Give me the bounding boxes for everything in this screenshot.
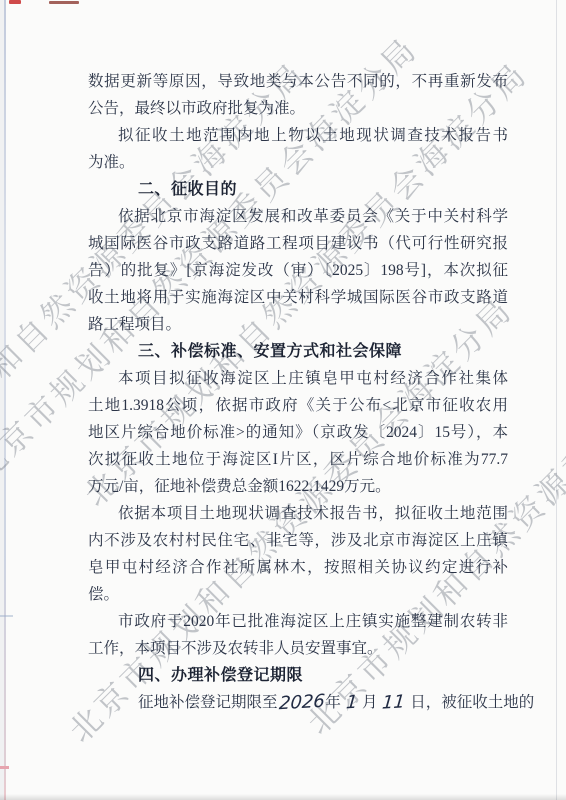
handwritten-date: 2026: [278, 693, 325, 714]
document-line: 告）的批复》[京海淀发改（审）〔2025〕198号]，本次拟征: [88, 257, 508, 284]
document-line: 皂甲屯村经济合作社所属林木，按照相关协议约定进行补: [88, 554, 508, 581]
document-body: 数据更新等原因，导致地类与本公告不同的，不再重新发布公告，最终以市政府批复为准。…: [88, 68, 508, 716]
red-mark: [9, 0, 21, 4]
document-line: 为准。: [88, 149, 508, 176]
document-line: 地区片综合地价标准>的通知》（京政发〔2024〕15号），本: [88, 419, 508, 446]
line-text: 日，被征收土地的: [406, 694, 534, 711]
scan-right-edge-line: [556, 0, 557, 800]
document-line: 公告，最终以市政府批复为准。: [88, 95, 508, 122]
document-line: 路工程项目。: [88, 311, 508, 338]
document-line: 收土地将用于实施海淀区中关村科学城国际医谷市政支路道: [88, 284, 508, 311]
document-line: 万元/亩，征地补偿费总金额1622.1429万元。: [88, 473, 508, 500]
handwritten-date: 11: [382, 693, 406, 712]
document-line: 偿。: [88, 581, 508, 608]
document-line: 内不涉及农村村民住宅、非宅等，涉及北京市海淀区上庄镇: [88, 527, 508, 554]
document-line: 数据更新等原因，导致地类与本公告不同的，不再重新发布: [88, 68, 508, 95]
scanned-document-page: 北京市规划和自然资源委员会海淀分局 北京市规划和自然资源委员会海淀分局 北京市规…: [0, 0, 566, 800]
document-line: 拟征收土地范围内地上物以土地现状调查技术报告书: [88, 122, 508, 149]
document-line: 土地1.3918公顷，依据市政府《关于公布<北京市征收农用: [88, 392, 508, 419]
handwritten-date: 1: [345, 694, 358, 713]
document-line: 依据北京市海淀区发展和改革委员会《关于中关村科学: [88, 203, 508, 230]
document-line: 工作，本项目不涉及农转非人员安置事宜。: [88, 635, 508, 662]
line-text: 月: [358, 694, 381, 711]
section-heading: 三、补偿标准、安置方式和社会保障: [88, 338, 508, 365]
document-line: 征地补偿登记期限至2026年 1 月 11 日，被征收土地的: [88, 689, 508, 716]
scan-edge-line: [4, 0, 6, 800]
document-line: 城国际医谷市政支路道路工程项目建议书（代可行性研究报: [88, 230, 508, 257]
document-line: 依据本项目土地现状调查技术报告书，拟征收土地范围: [88, 500, 508, 527]
scan-bottom-shadow: [0, 794, 566, 800]
red-mark: [49, 1, 79, 4]
document-line: 市政府于2020年已批准海淀区上庄镇实施整建制农转非: [88, 608, 508, 635]
scan-tick-mark: [0, 615, 13, 617]
section-heading: 四、办理补偿登记期限: [88, 662, 508, 689]
pink-mark: [0, 766, 9, 769]
line-text: 年: [325, 694, 344, 711]
document-line: 次拟征收土地位于海淀区I片区，区片综合地价标准为77.7: [88, 446, 508, 473]
document-line: 本项目拟征收海淀区上庄镇皂甲屯村经济合作社集体: [88, 365, 508, 392]
section-heading: 二、征收目的: [88, 176, 508, 203]
line-text: 征地补偿登记期限至: [138, 694, 278, 711]
